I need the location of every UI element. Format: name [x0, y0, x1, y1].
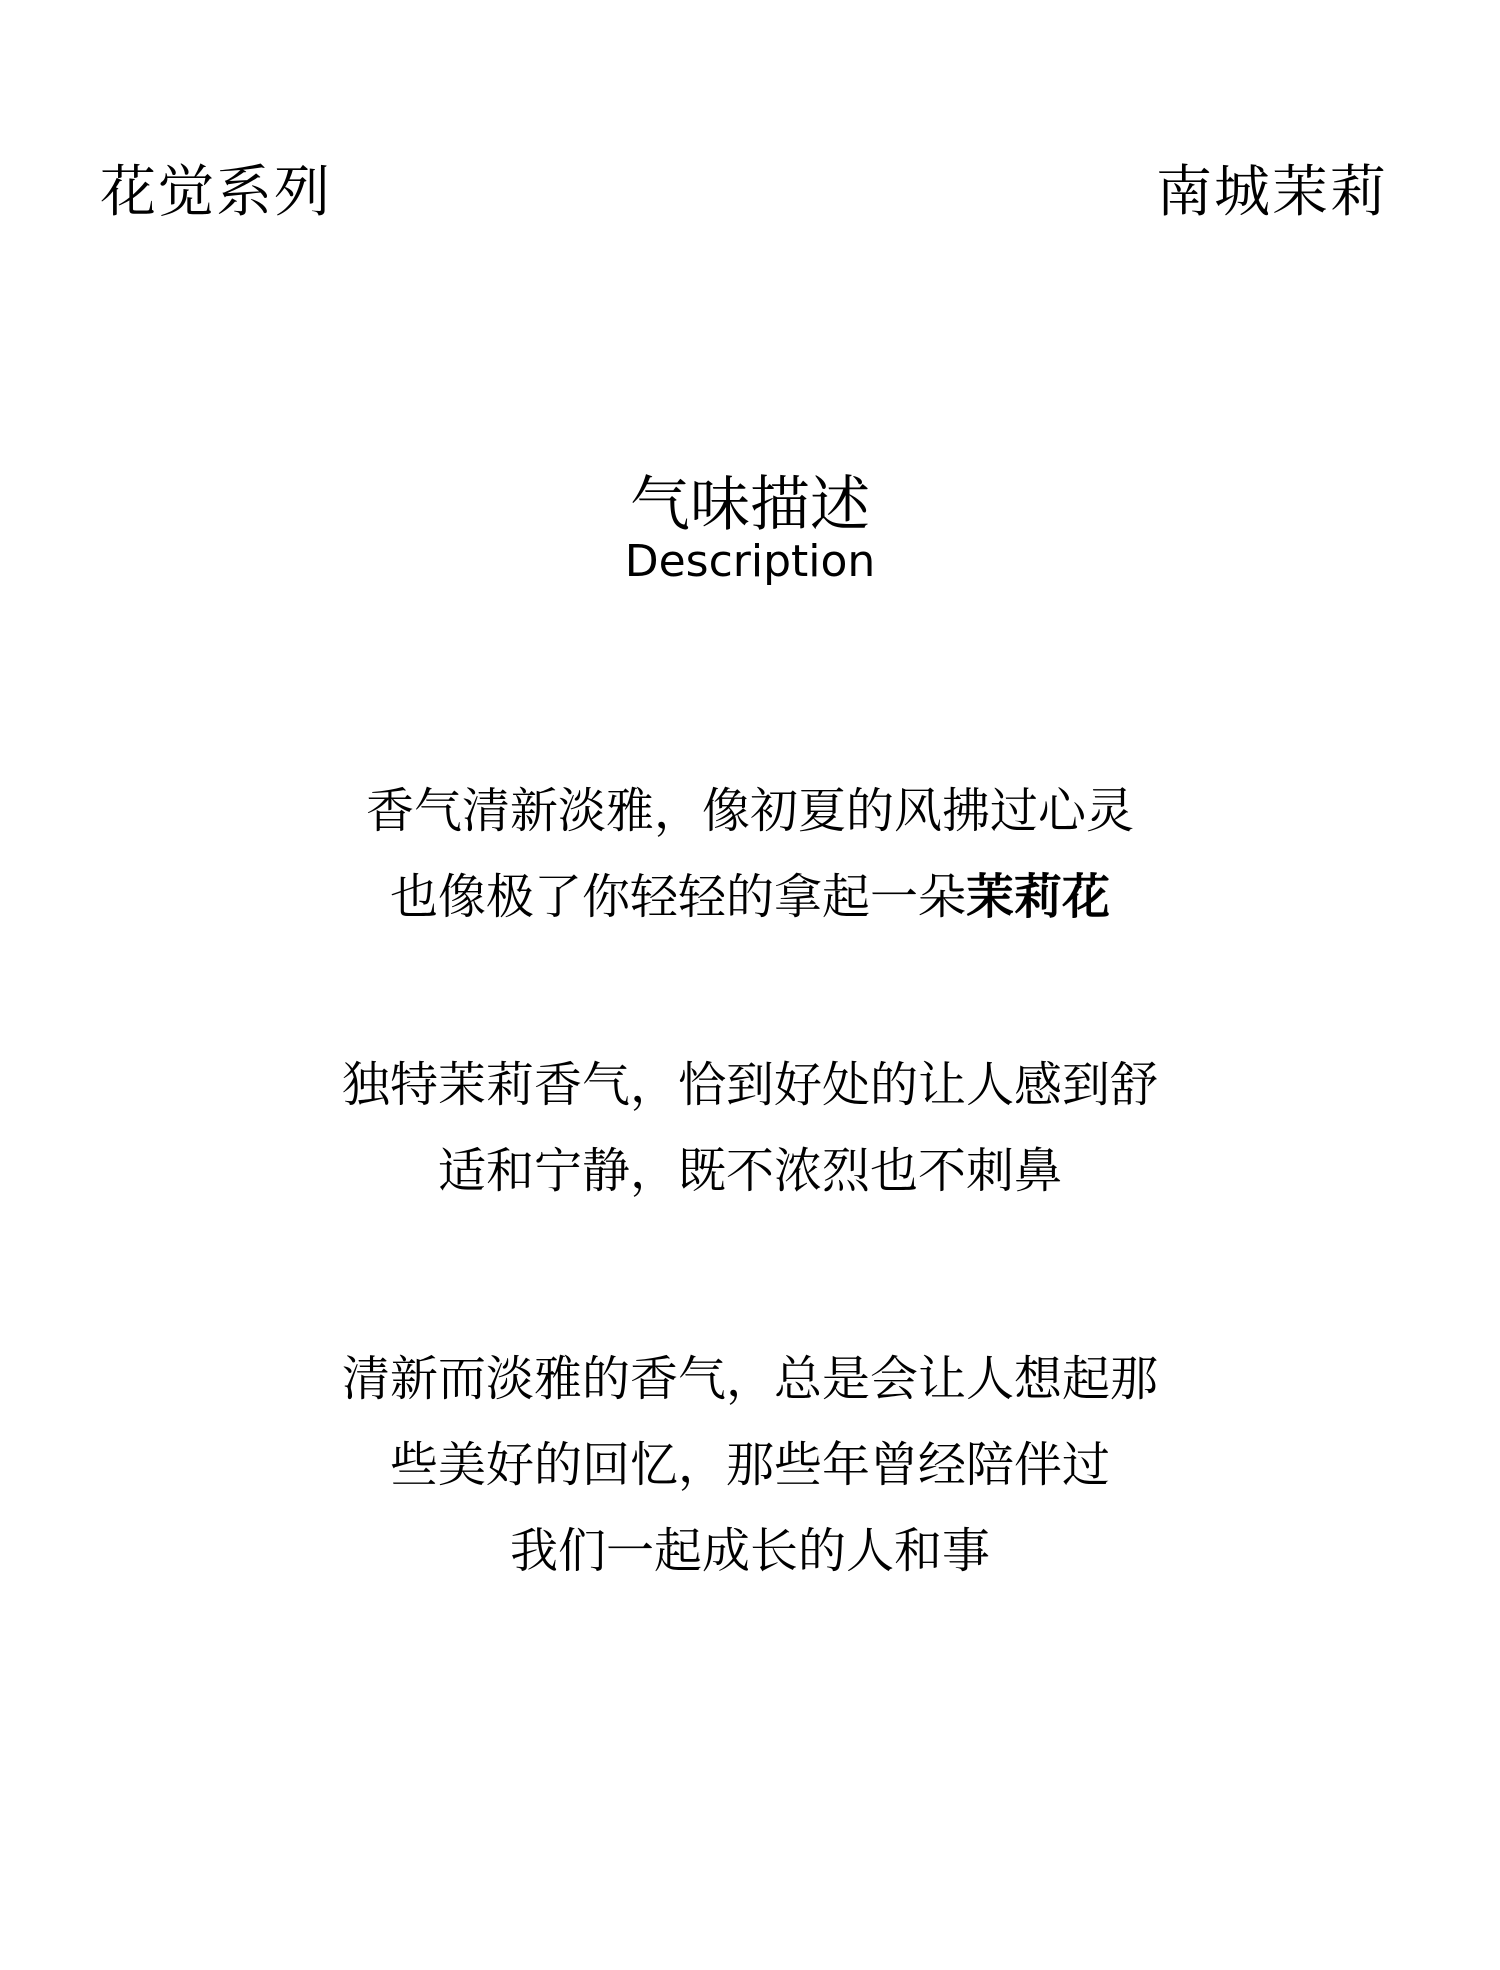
- title-chinese: 气味描述: [0, 470, 1500, 540]
- paragraph-line: 清新而淡雅的香气，总是会让人想起那: [0, 1336, 1500, 1422]
- line-text: 清新而淡雅的香气，总是会让人想起那: [342, 1351, 1158, 1407]
- line-text: 适和宁静，既不浓烈也不刺鼻: [438, 1143, 1062, 1199]
- paragraph-line: 我们一起成长的人和事: [0, 1508, 1500, 1594]
- paragraph-line: 也像极了你轻轻的拿起一朵茉莉花: [0, 854, 1500, 940]
- line-text: 我们一起成长的人和事: [510, 1523, 990, 1579]
- line-text: 些美好的回忆，那些年曾经陪伴过: [390, 1437, 1110, 1493]
- paragraph-line: 独特茉莉香气，恰到好处的让人感到舒: [0, 1042, 1500, 1128]
- paragraph-line: 香气清新淡雅，像初夏的风拂过心灵: [0, 768, 1500, 854]
- line-text: 香气清新淡雅，像初夏的风拂过心灵: [366, 783, 1134, 839]
- product-name: 南城茉莉: [1156, 158, 1388, 228]
- line-text: 独特茉莉香气，恰到好处的让人感到舒: [342, 1057, 1158, 1113]
- highlight-jasmine: 茉莉花: [966, 869, 1110, 925]
- description-paragraph-2: 独特茉莉香气，恰到好处的让人感到舒 适和宁静，既不浓烈也不刺鼻: [0, 1042, 1500, 1214]
- series-name: 花觉系列: [100, 158, 332, 228]
- description-paragraph-3: 清新而淡雅的香气，总是会让人想起那 些美好的回忆，那些年曾经陪伴过 我们一起成长…: [0, 1336, 1500, 1594]
- paragraph-line: 些美好的回忆，那些年曾经陪伴过: [0, 1422, 1500, 1508]
- paragraph-line: 适和宁静，既不浓烈也不刺鼻: [0, 1128, 1500, 1214]
- title-english: Description: [0, 538, 1500, 586]
- section-title: 气味描述 Description: [0, 470, 1500, 586]
- line-text: 也像极了你轻轻的拿起一朵: [390, 869, 966, 925]
- description-paragraph-1: 香气清新淡雅，像初夏的风拂过心灵 也像极了你轻轻的拿起一朵茉莉花: [0, 768, 1500, 940]
